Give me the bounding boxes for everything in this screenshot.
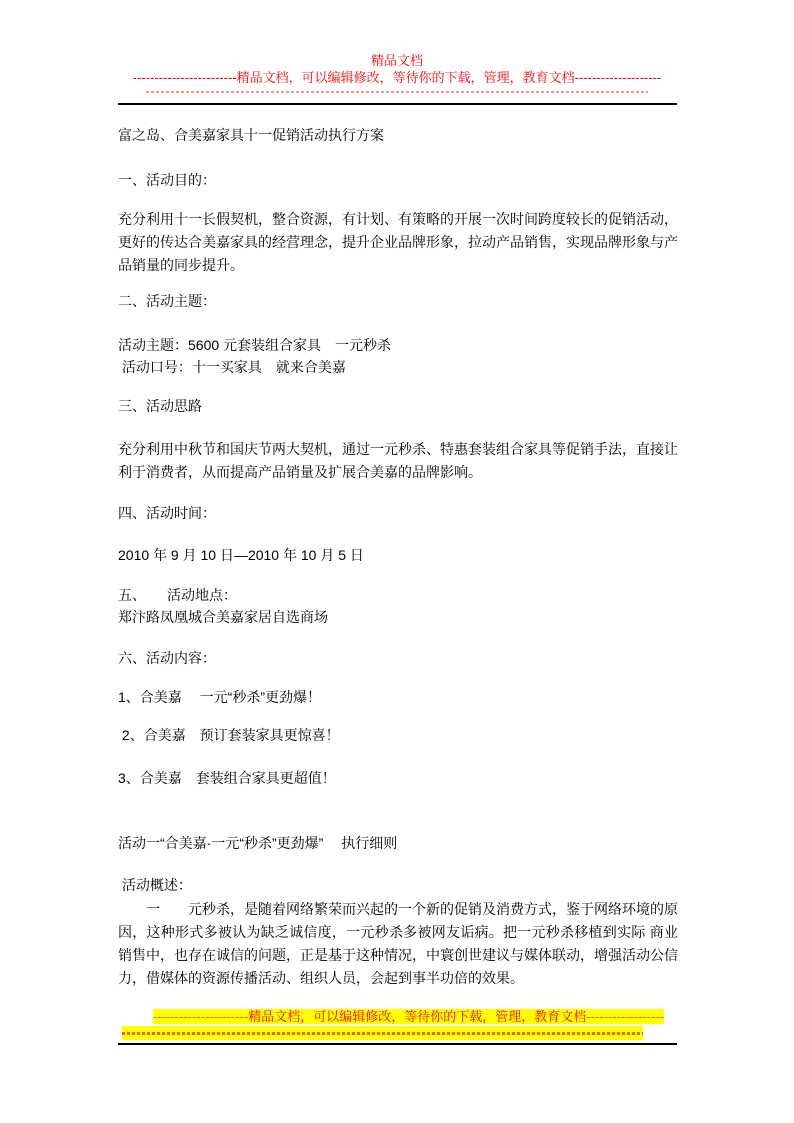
footer-dashes-left: ---------------------- — [153, 1009, 248, 1024]
dotted-line — [122, 1032, 643, 1035]
dotted-divider-footer — [122, 1026, 643, 1040]
line-date-range: 2010 年 9 月 10 日—2010 年 10 月 5 日 — [118, 546, 678, 565]
list-item-3: 3、合美嘉 套装组合家具更超值！ — [118, 769, 678, 788]
list-item-2: 2、合美嘉 预订套装家具更惊喜！ — [118, 726, 678, 745]
footer-dashes-right: ------------------ — [586, 1009, 664, 1024]
document-body: 富之岛、合美嘉家具十一促销活动执行方案 一、活动目的： 充分利用十一长假契机，整… — [0, 126, 794, 990]
page-header: 精品文档 ------------------------精品文档，可以编辑修改… — [0, 0, 794, 105]
heading-activity-idea: 三、活动思路 — [118, 397, 678, 416]
watermark-line: ------------------------精品文档，可以编辑修改，等待你的… — [0, 69, 794, 86]
footer-rule — [118, 1043, 677, 1045]
heading-activity-content: 六、活动内容： — [118, 649, 678, 668]
heading-activity-purpose: 一、活动目的： — [118, 171, 678, 190]
page-footer: ----------------------精品文档，可以编辑修改，等待你的下载… — [0, 1008, 794, 1045]
heading-activity-overview: 活动概述： — [118, 876, 678, 895]
paragraph-idea: 充分利用中秋节和国庆节两大契机，通过一元秒杀、特惠套装组合家具等促销手法，直接让… — [118, 438, 678, 484]
doc-title: 富之岛、合美嘉家具十一促销活动执行方案 — [118, 126, 678, 145]
footer-watermark-label: 精品文档，可以编辑修改，等待你的下载，管理，教育文档 — [248, 1009, 586, 1024]
heading-activity-one-rules: 活动一“合美嘉·一元“秒杀”更劲爆” 执行细则 — [118, 834, 678, 853]
heading-activity-place: 五、 活动地点： — [118, 586, 678, 605]
header-rule — [118, 103, 677, 105]
paragraph-overview: 一 元秒杀，是随着网络繁荣而兴起的一个新的促销及消费方式，鉴于网络环境的原因，这… — [118, 898, 678, 990]
line-place: 郑汴路凤凰城合美嘉家居自选商场 — [118, 608, 678, 627]
line-slogan: 活动口号：十一买家具 就来合美嘉 — [118, 358, 678, 377]
watermark-line-footer: ----------------------精品文档，可以编辑修改，等待你的下载… — [153, 1009, 664, 1024]
paragraph-purpose: 充分利用十一长假契机，整合资源，有计划、有策略的开展一次时间跨度较长的促销活动，… — [118, 208, 678, 277]
document-page: 精品文档 ------------------------精品文档，可以编辑修改… — [0, 0, 794, 1123]
heading-activity-time: 四、活动时间： — [118, 504, 678, 523]
heading-activity-theme: 二、活动主题： — [118, 292, 678, 311]
dotted-divider — [146, 91, 648, 93]
line-theme: 活动主题：5600 元套装组合家具 一元秒杀 — [118, 336, 678, 355]
list-item-1: 1、合美嘉 一元“秒杀”更劲爆！ — [118, 688, 678, 707]
watermark-title: 精品文档 — [0, 0, 794, 69]
